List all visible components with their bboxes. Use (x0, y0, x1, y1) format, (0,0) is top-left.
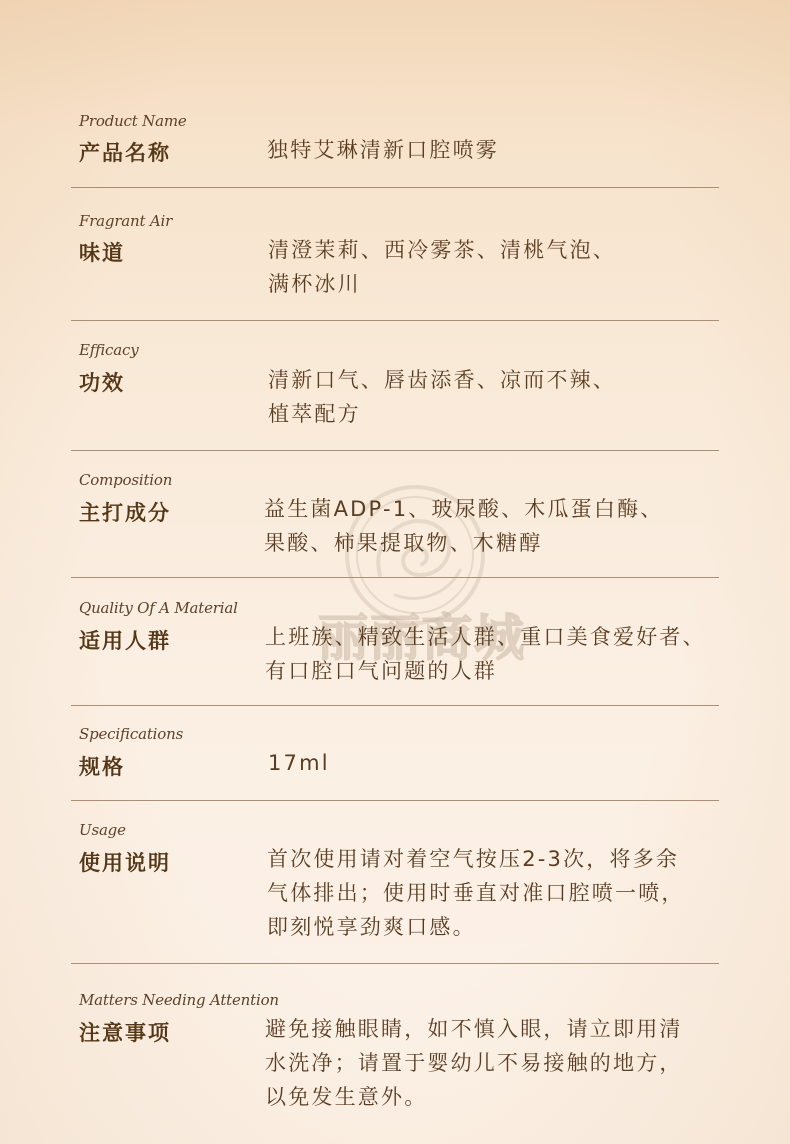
spec-value-line: 植萃配方 (268, 397, 616, 431)
spec-row-product-name: Product Name 产品名称 独特艾琳清新口腔喷雾 (71, 110, 719, 188)
spec-label-en: Composition (79, 471, 172, 489)
spec-label-en: Matters Needing Attention (79, 991, 279, 1009)
spec-value-line: 水洗净；请置于婴幼儿不易接触的地方， (265, 1046, 683, 1080)
spec-label-cn: 注意事项 (79, 1017, 171, 1047)
spec-value-line: 以免发生意外。 (265, 1080, 683, 1114)
spec-row-usage: Usage 使用说明 首次使用请对着空气按压2-3次，将多余 气体排出；使用时垂… (71, 801, 719, 964)
spec-row-specifications: Specifications 规格 17ml (71, 706, 719, 801)
spec-value-line: 清澄茉莉、西冷雾茶、清桃气泡、 (268, 233, 616, 267)
spec-label-en: Efficacy (79, 341, 138, 359)
spec-label-en: Quality Of A Material (79, 599, 238, 617)
spec-label-cn: 主打成分 (79, 497, 171, 527)
spec-list: Product Name 产品名称 独特艾琳清新口腔喷雾 Fragrant Ai… (71, 110, 719, 1124)
spec-value: 独特艾琳清新口腔喷雾 (267, 133, 499, 167)
spec-value: 避免接触眼睛，如不慎入眼，请立即用清 水洗净；请置于婴幼儿不易接触的地方， 以免… (265, 1012, 683, 1114)
spec-row-fragrant-air: Fragrant Air 味道 清澄茉莉、西冷雾茶、清桃气泡、 满杯冰川 (71, 188, 719, 321)
spec-row-composition: Composition 主打成分 益生菌ADP-1、玻尿酸、木瓜蛋白酶、 果酸、… (71, 451, 719, 578)
spec-value: 上班族、精致生活人群、重口美食爱好者、 有口腔口气问题的人群 (265, 620, 706, 688)
spec-value-line: 上班族、精致生活人群、重口美食爱好者、 (265, 620, 706, 654)
spec-label-cn: 味道 (79, 237, 125, 267)
spec-value-line: 独特艾琳清新口腔喷雾 (267, 133, 499, 167)
spec-row-target-users: Quality Of A Material 适用人群 上班族、精致生活人群、重口… (71, 578, 719, 706)
spec-value-line: 17ml (268, 746, 330, 780)
spec-label-en: Product Name (79, 112, 187, 130)
spec-label-cn: 功效 (79, 367, 125, 397)
spec-value: 清澄茉莉、西冷雾茶、清桃气泡、 满杯冰川 (268, 233, 616, 301)
spec-value: 首次使用请对着空气按压2-3次，将多余 气体排出；使用时垂直对准口腔喷一喷， 即… (267, 842, 685, 944)
spec-label-cn: 产品名称 (79, 137, 171, 167)
spec-value: 益生菌ADP-1、玻尿酸、木瓜蛋白酶、 果酸、柿果提取物、木糖醇 (264, 492, 663, 560)
spec-value-line: 即刻悦享劲爽口感。 (267, 910, 685, 944)
spec-value-line: 满杯冰川 (268, 267, 616, 301)
spec-label-cn: 规格 (79, 751, 125, 781)
spec-label-en: Fragrant Air (79, 212, 172, 230)
spec-label-en: Specifications (79, 725, 183, 743)
spec-label-cn: 适用人群 (79, 625, 171, 655)
spec-value-line: 清新口气、唇齿添香、凉而不辣、 (268, 363, 616, 397)
spec-row-efficacy: Efficacy 功效 清新口气、唇齿添香、凉而不辣、 植萃配方 (71, 321, 719, 451)
spec-value-line: 气体排出；使用时垂直对准口腔喷一喷， (267, 876, 685, 910)
spec-value-line: 益生菌ADP-1、玻尿酸、木瓜蛋白酶、 (264, 492, 663, 526)
spec-label-cn: 使用说明 (79, 847, 171, 877)
spec-value: 17ml (268, 746, 330, 780)
spec-value: 清新口气、唇齿添香、凉而不辣、 植萃配方 (268, 363, 616, 431)
spec-value-line: 首次使用请对着空气按压2-3次，将多余 (267, 842, 685, 876)
spec-value-line: 避免接触眼睛，如不慎入眼，请立即用清 (265, 1012, 683, 1046)
spec-row-precautions: Matters Needing Attention 注意事项 避免接触眼睛，如不… (71, 964, 719, 1124)
spec-value-line: 果酸、柿果提取物、木糖醇 (264, 526, 663, 560)
spec-value-line: 有口腔口气问题的人群 (265, 654, 706, 688)
spec-label-en: Usage (79, 821, 126, 839)
